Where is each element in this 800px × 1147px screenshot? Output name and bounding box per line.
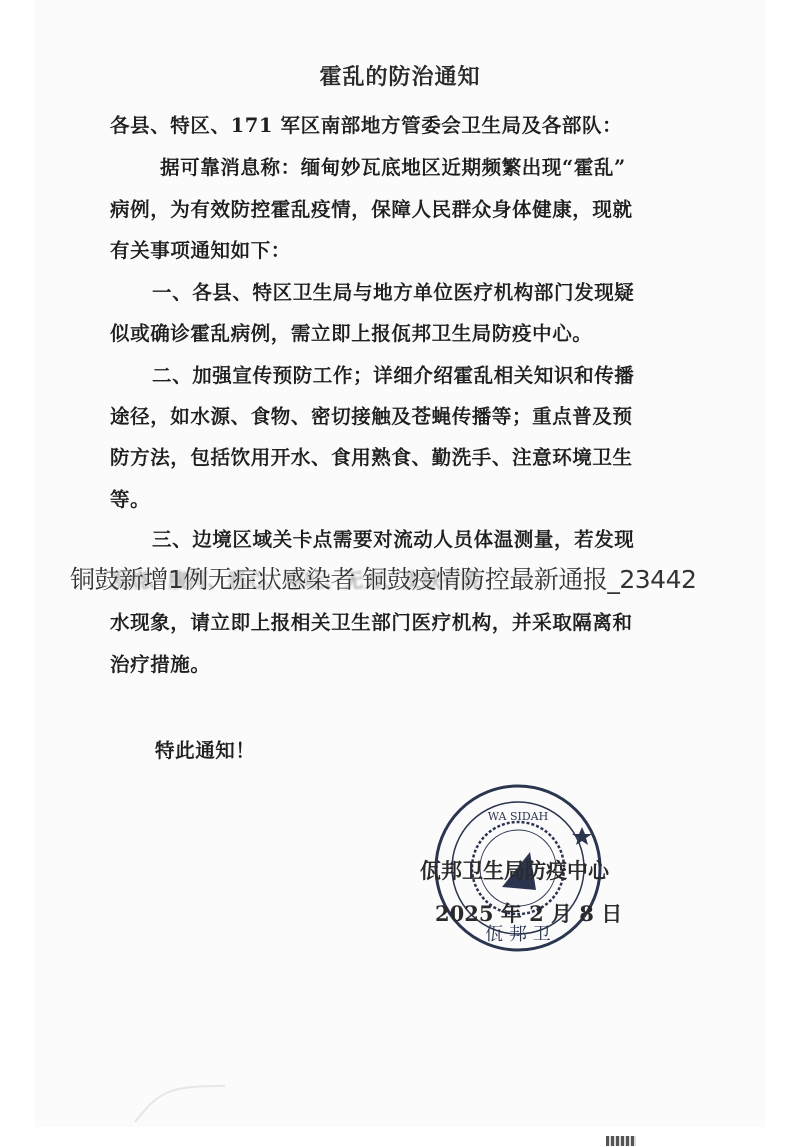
item3-line-3: 水现象，请立即上报相关卫生部门医疗机构，并采取隔离和 <box>110 607 633 635</box>
stamp-outer-text: WA SIDAH <box>488 810 548 823</box>
item1-line-1: 一、各县、特区卫生局与地方单位医疗机构部门发现疑 <box>152 277 634 305</box>
intro-line-2: 病例，为有效防控霍乱疫情，保障人民群众身体健康，现就 <box>110 194 633 222</box>
page-curl-shadow <box>130 1080 230 1125</box>
item3-line-4: 治疗措施。 <box>110 649 211 677</box>
item1-line-2: 似或确诊霍乱病例，需立即上报佤邦卫生局防疫中心。 <box>110 318 592 346</box>
signature-organization: 佤邦卫生局防疫中心 <box>420 855 609 885</box>
signature-date: 2025 年 2 月 8 日 <box>435 898 622 928</box>
item3-line-1: 三、边境区域关卡点需要对流动人员体温测量，若发现 <box>152 524 634 552</box>
corner-mark-icon <box>606 1136 636 1146</box>
closing-text: 特此通知！ <box>155 735 256 763</box>
intro-line-3: 有关事项通知如下： <box>110 235 291 263</box>
intro-line-1: 据可靠消息称：缅甸妙瓦底地区近期频繁出现“霍乱” <box>160 152 626 180</box>
item2-line-1: 二、加强宣传预防工作；详细介绍霍乱相关知识和传播 <box>152 360 634 388</box>
salutation: 各县、特区、171 军区南部地方管委会卫生局及各部队： <box>110 110 622 138</box>
document-title: 霍乱的防治通知 <box>0 60 800 91</box>
item2-line-4: 等。 <box>110 484 150 512</box>
item2-line-2: 途径，如水源、食物、密切接触及苍蝇传播等；重点普及预 <box>110 401 633 429</box>
item2-line-3: 防方法，包括饮用开水、食用熟食、勤洗手、注意环境卫生 <box>110 442 633 470</box>
overlay-caption: 铜鼓新增1例无症状感染者 铜鼓疫情防控最新通报_23442 <box>70 560 696 596</box>
